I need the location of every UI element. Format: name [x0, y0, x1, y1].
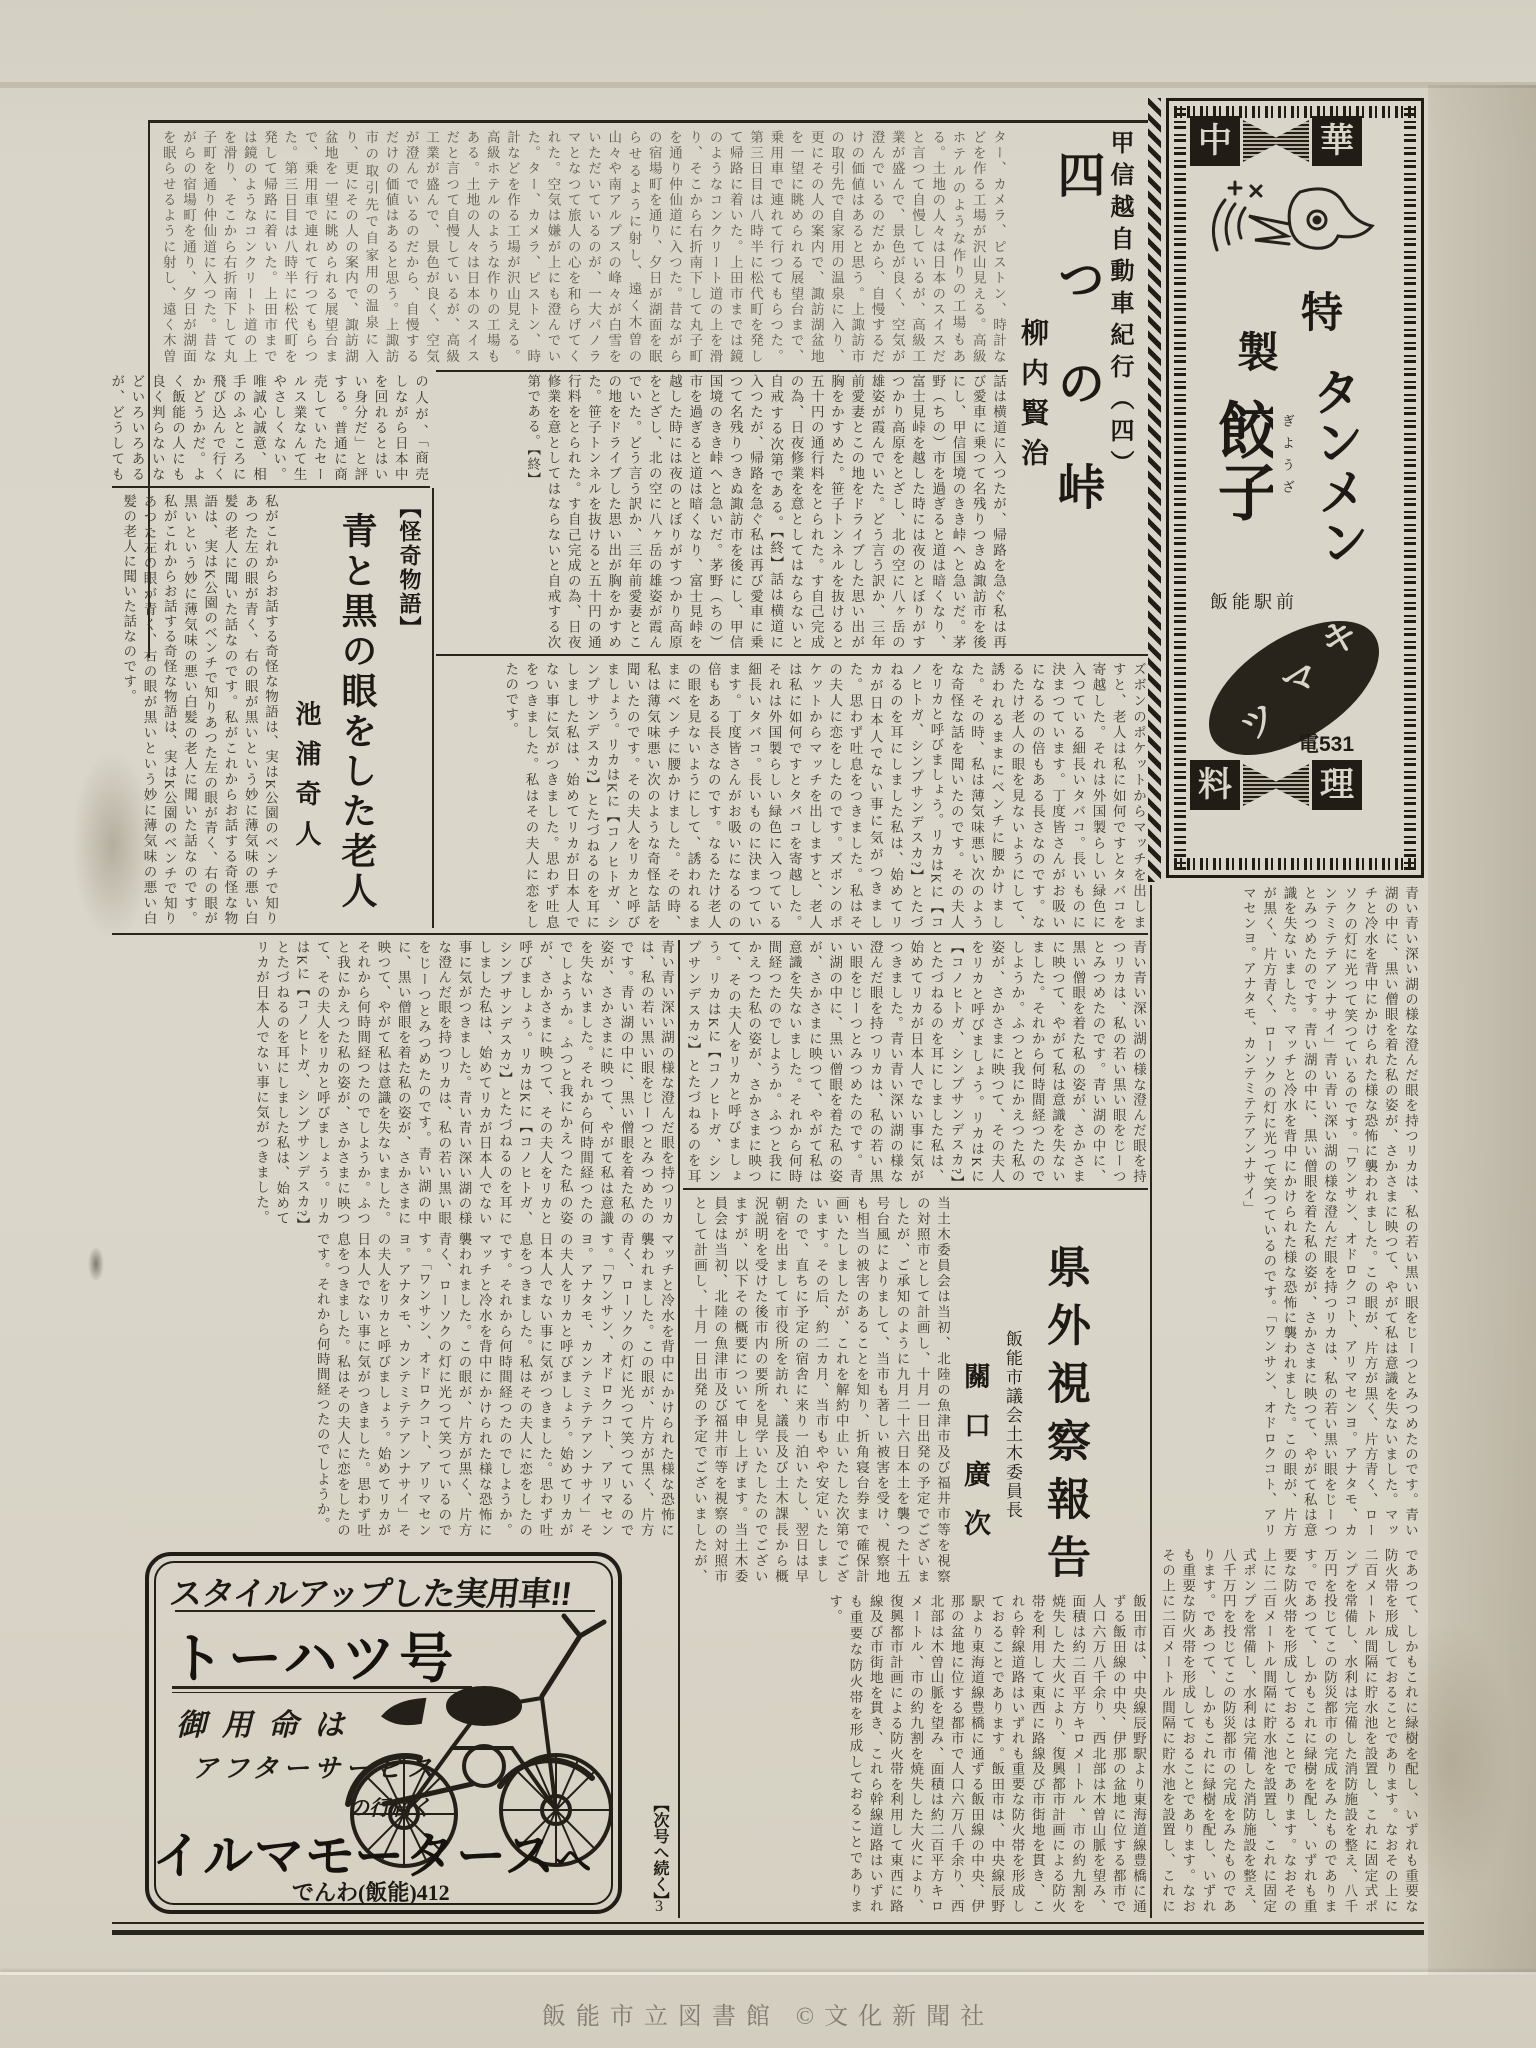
- section-rule: [112, 933, 1148, 935]
- page-number: 3: [655, 1898, 663, 1916]
- story-author: 池浦奇人: [288, 700, 325, 915]
- column-rule: [432, 488, 434, 928]
- hatched-divider: [1148, 98, 1161, 882]
- meander-border: [1404, 106, 1416, 870]
- paper-edge-shade: [1428, 85, 1536, 1975]
- paper-crease: [0, 1972, 1536, 1975]
- travel-article-title: 四つの峠: [1042, 150, 1111, 655]
- shop-name-suffix: へ: [556, 1840, 593, 1881]
- story-text: 青い青い深い湖の様な澄んだ眼を持つリカは、私の若い黒い眼をじーつとみつめたのです…: [112, 940, 676, 1226]
- story-text: 私がこれからお話する奇怪な物語は、実はK公園のベンチで知りあつた左の眼が青く、右…: [112, 494, 280, 926]
- section-rule: [683, 1188, 1148, 1190]
- story-text: 青い青い深い湖の様な澄んだ眼を持つリカは、私の若い黒い眼をじーつとみつめたのです…: [1158, 886, 1420, 1538]
- travel-article-text: の人が、「商売しながら日本中を回れるとはいい身分だ」と評する。普通に商売していた…: [112, 374, 430, 482]
- library-credit: 飯能市立図書館 ©文化新聞社: [0, 1996, 1536, 2031]
- report-text: であつて、しかもこれに緑樹を配し、いずれも重要な防火帯を形成しておることでありま…: [1158, 1548, 1420, 1914]
- report-byline-name: 關口廣次: [956, 1362, 995, 1577]
- story-text: 青い青い深い湖の様な澄んだ眼を持つリカは、私の若い黒い眼をじーつとみつめたのです…: [683, 940, 1148, 1184]
- travel-article-author: 柳内賢治: [1012, 318, 1052, 548]
- report-byline-organization: 飯能市議会土木委員長: [1000, 1330, 1025, 1580]
- emblem-char: 料: [1190, 760, 1240, 810]
- bottom-frame-rule: [112, 1922, 1424, 1924]
- emblem-char: 理: [1312, 760, 1362, 810]
- chuka-emblem: 中 華: [1190, 116, 1362, 166]
- emblem-char: 華: [1312, 116, 1362, 166]
- report-title: 県外視察報告: [1032, 1244, 1096, 1594]
- section-rule: [436, 370, 1008, 372]
- tsumaki-logo: キ マ ツ: [1204, 604, 1384, 772]
- story-text: ズボンのポケットからマッチを出しますと、老人は私に如何ですとタバコを寄越した。そ…: [436, 662, 1148, 930]
- story-category-label: 【怪奇物語】: [394, 496, 425, 711]
- ad-menu-gyoza-ruby: ぎようざ: [1278, 414, 1297, 594]
- travel-article-text: 話は横道に入つたが、帰路を急ぐ私は再び愛車に乗つて名残りつきぬ諏訪市を後にし、甲…: [436, 374, 1008, 650]
- report-text: 当土木委員会は当初、北陸の魚津市及び福井市等を視察の対照市として計画し、十月一日…: [688, 1196, 952, 1584]
- story-title: 青と黒の眼をした老人: [332, 512, 383, 917]
- paper-top-edge: [0, 82, 1536, 88]
- ad-phone-number: 電531: [1298, 728, 1354, 758]
- meander-border: [1174, 106, 1186, 870]
- emblem-char: 中: [1190, 116, 1240, 166]
- paper-stain: [86, 1242, 106, 1286]
- bottom-frame-rule: [112, 1930, 1424, 1935]
- travel-article-text: ター、カメラ、ピストン、時計などを作る工場が沢山見える。高級ホテルのような作りの…: [160, 130, 1008, 364]
- bird-illustration: [1205, 178, 1385, 296]
- bowtie-ornament: [1243, 120, 1309, 162]
- section-rule: [112, 486, 430, 488]
- bowtie-ornament: [1243, 764, 1309, 806]
- column-rule: [678, 940, 680, 1918]
- ad-menu-tanmen: タンメン: [1296, 364, 1381, 612]
- ad-text-special: 製: [1224, 330, 1284, 372]
- report-text: 飯田市は、中央線辰野駅より東海道線豊橋に通ずる飯田線の中央、伊那の盆地に位する都…: [688, 1594, 1148, 1914]
- ad-menu-gyoza: 餃子: [1210, 398, 1273, 558]
- ad-text-special: 特: [1288, 290, 1348, 332]
- story-text: マッチと冷水を背中にかけられた様な恐怖に襲われました。この眼が、片方が黒く、片方…: [112, 1232, 676, 1538]
- ad-phone-number: でんわ(飯能)412: [292, 1876, 450, 1907]
- meander-border: [1174, 858, 1416, 870]
- ryori-emblem: 料 理: [1190, 760, 1362, 810]
- column-rule: [1150, 885, 1152, 1918]
- top-frame-rule: [150, 120, 1148, 123]
